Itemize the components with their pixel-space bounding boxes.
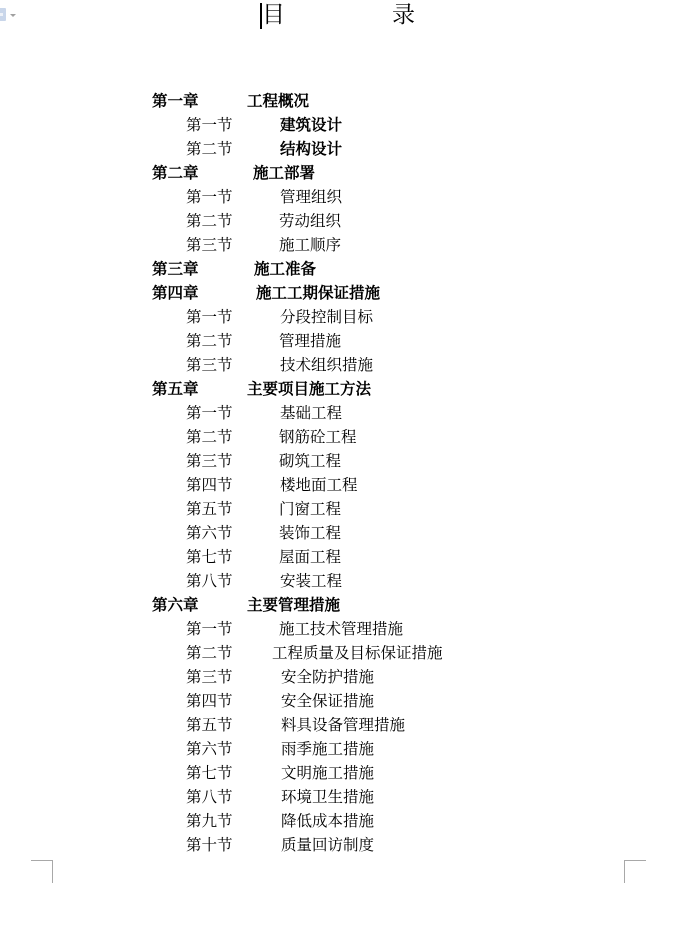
toc-entry-label: 第六章 — [152, 593, 199, 617]
toc-entry-label: 第三节 — [186, 449, 233, 473]
toc-section-row[interactable]: 第三节技术组织措施 — [0, 353, 674, 377]
toc-entry-label: 第二节 — [186, 641, 233, 665]
dropdown-arrow-icon[interactable] — [10, 14, 16, 17]
toc-section-row[interactable]: 第九节降低成本措施 — [0, 809, 674, 833]
toc-entry-label: 第六节 — [186, 521, 233, 545]
toc-entry-title: 钢筋砼工程 — [279, 425, 357, 449]
toc-entry-title: 劳动组织 — [279, 209, 341, 233]
toc-section-row[interactable]: 第七节屋面工程 — [0, 545, 674, 569]
toc-entry-label: 第二章 — [152, 161, 199, 185]
toc-entry-label: 第二节 — [186, 137, 233, 161]
toc-entry-label: 第三章 — [152, 257, 199, 281]
page-corner-mark-left — [31, 860, 53, 883]
toc-section-row[interactable]: 第十节质量回访制度 — [0, 833, 674, 857]
toc-entry-label: 第一节 — [186, 113, 233, 137]
toc-entry-label: 第五节 — [186, 497, 233, 521]
toc-entry-title: 施工准备 — [254, 257, 316, 281]
toc-section-row[interactable]: 第三节砌筑工程 — [0, 449, 674, 473]
toc-entry-label: 第一节 — [186, 401, 233, 425]
toc-chapter-row[interactable]: 第五章主要项目施工方法 — [0, 377, 674, 401]
toc-section-row[interactable]: 第六节装饰工程 — [0, 521, 674, 545]
toc-section-row[interactable]: 第一节建筑设计 — [0, 113, 674, 137]
toc-entry-title: 结构设计 — [280, 137, 342, 161]
page-title-char-1: 目 — [262, 1, 285, 29]
toc-section-row[interactable]: 第六节雨季施工措施 — [0, 737, 674, 761]
toc-entry-title: 建筑设计 — [280, 113, 342, 137]
toc-entry-label: 第七节 — [186, 545, 233, 569]
toc-entry-title: 砌筑工程 — [279, 449, 341, 473]
toc-entry-label: 第一节 — [186, 185, 233, 209]
toc-entry-title: 屋面工程 — [279, 545, 341, 569]
toc-section-row[interactable]: 第八节安装工程 — [0, 569, 674, 593]
toc-entry-label: 第三节 — [186, 353, 233, 377]
toc-section-row[interactable]: 第一节施工技术管理措施 — [0, 617, 674, 641]
toc-entry-title: 料具设备管理措施 — [281, 713, 405, 737]
toc-entry-title: 安全保证措施 — [281, 689, 374, 713]
toc-chapter-row[interactable]: 第四章施工工期保证措施 — [0, 281, 674, 305]
toc-entry-label: 第二节 — [186, 209, 233, 233]
toc-entry-title: 基础工程 — [280, 401, 342, 425]
toc-section-row[interactable]: 第五节料具设备管理措施 — [0, 713, 674, 737]
toc-entry-title: 施工技术管理措施 — [279, 617, 403, 641]
toc-entry-label: 第四章 — [152, 281, 199, 305]
toc-entry-label: 第五节 — [186, 713, 233, 737]
toc-entry-label: 第九节 — [186, 809, 233, 833]
toc-chapter-row[interactable]: 第六章主要管理措施 — [0, 593, 674, 617]
toc-entry-label: 第三节 — [186, 665, 233, 689]
page-title-char-2: 录 — [392, 1, 415, 29]
toc-entry-title: 技术组织措施 — [280, 353, 373, 377]
toc-entry-title: 施工顺序 — [279, 233, 341, 257]
toc-entry-title: 环境卫生措施 — [281, 785, 374, 809]
page-corner-mark-right — [624, 860, 646, 883]
toc-section-row[interactable]: 第三节安全防护措施 — [0, 665, 674, 689]
table-of-contents: 第一章工程概况第一节建筑设计第二节结构设计第二章施工部署第一节管理组织第二节劳动… — [0, 89, 674, 857]
toc-chapter-row[interactable]: 第三章施工准备 — [0, 257, 674, 281]
toc-section-row[interactable]: 第五节门窗工程 — [0, 497, 674, 521]
toc-entry-label: 第七节 — [186, 761, 233, 785]
toc-chapter-row[interactable]: 第一章工程概况 — [0, 89, 674, 113]
toc-section-row[interactable]: 第三节施工顺序 — [0, 233, 674, 257]
toc-entry-title: 安装工程 — [280, 569, 342, 593]
toc-entry-label: 第二节 — [186, 425, 233, 449]
toc-entry-title: 工程概况 — [247, 89, 309, 113]
toc-entry-label: 第一节 — [186, 305, 233, 329]
toc-entry-title: 管理组织 — [280, 185, 342, 209]
toc-entry-label: 第四节 — [186, 689, 233, 713]
toc-entry-title: 主要管理措施 — [247, 593, 340, 617]
toc-entry-label: 第八节 — [186, 785, 233, 809]
document-icon[interactable] — [0, 8, 6, 21]
toc-section-row[interactable]: 第一节基础工程 — [0, 401, 674, 425]
toc-section-row[interactable]: 第二节钢筋砼工程 — [0, 425, 674, 449]
toc-section-row[interactable]: 第二节结构设计 — [0, 137, 674, 161]
toc-section-row[interactable]: 第四节安全保证措施 — [0, 689, 674, 713]
toc-entry-label: 第四节 — [186, 473, 233, 497]
toc-entry-title: 分段控制目标 — [280, 305, 373, 329]
toc-entry-title: 雨季施工措施 — [281, 737, 374, 761]
toc-section-row[interactable]: 第四节楼地面工程 — [0, 473, 674, 497]
toc-entry-title: 质量回访制度 — [281, 833, 374, 857]
toc-entry-title: 楼地面工程 — [280, 473, 358, 497]
toc-entry-title: 工程质量及目标保证措施 — [272, 641, 443, 665]
toc-entry-label: 第八节 — [186, 569, 233, 593]
toc-section-row[interactable]: 第二节劳动组织 — [0, 209, 674, 233]
toc-section-row[interactable]: 第七节文明施工措施 — [0, 761, 674, 785]
toc-entry-title: 文明施工措施 — [281, 761, 374, 785]
toc-entry-title: 门窗工程 — [279, 497, 341, 521]
toc-entry-title: 施工工期保证措施 — [256, 281, 380, 305]
toc-entry-label: 第三节 — [186, 233, 233, 257]
toc-section-row[interactable]: 第一节分段控制目标 — [0, 305, 674, 329]
toc-entry-title: 主要项目施工方法 — [247, 377, 371, 401]
toc-entry-title: 管理措施 — [279, 329, 341, 353]
toc-entry-title: 安全防护措施 — [281, 665, 374, 689]
toc-entry-label: 第六节 — [186, 737, 233, 761]
toc-entry-label: 第十节 — [186, 833, 233, 857]
toc-entry-label: 第一节 — [186, 617, 233, 641]
toc-section-row[interactable]: 第二节管理措施 — [0, 329, 674, 353]
toc-entry-label: 第二节 — [186, 329, 233, 353]
toc-entry-title: 装饰工程 — [279, 521, 341, 545]
toc-entry-label: 第五章 — [152, 377, 199, 401]
toc-entry-title: 降低成本措施 — [281, 809, 374, 833]
toc-entry-label: 第一章 — [152, 89, 199, 113]
toc-section-row[interactable]: 第一节管理组织 — [0, 185, 674, 209]
toc-entry-title: 施工部署 — [253, 161, 315, 185]
toc-chapter-row[interactable]: 第二章施工部署 — [0, 161, 674, 185]
toc-section-row[interactable]: 第二节工程质量及目标保证措施 — [0, 641, 674, 665]
toc-section-row[interactable]: 第八节环境卫生措施 — [0, 785, 674, 809]
